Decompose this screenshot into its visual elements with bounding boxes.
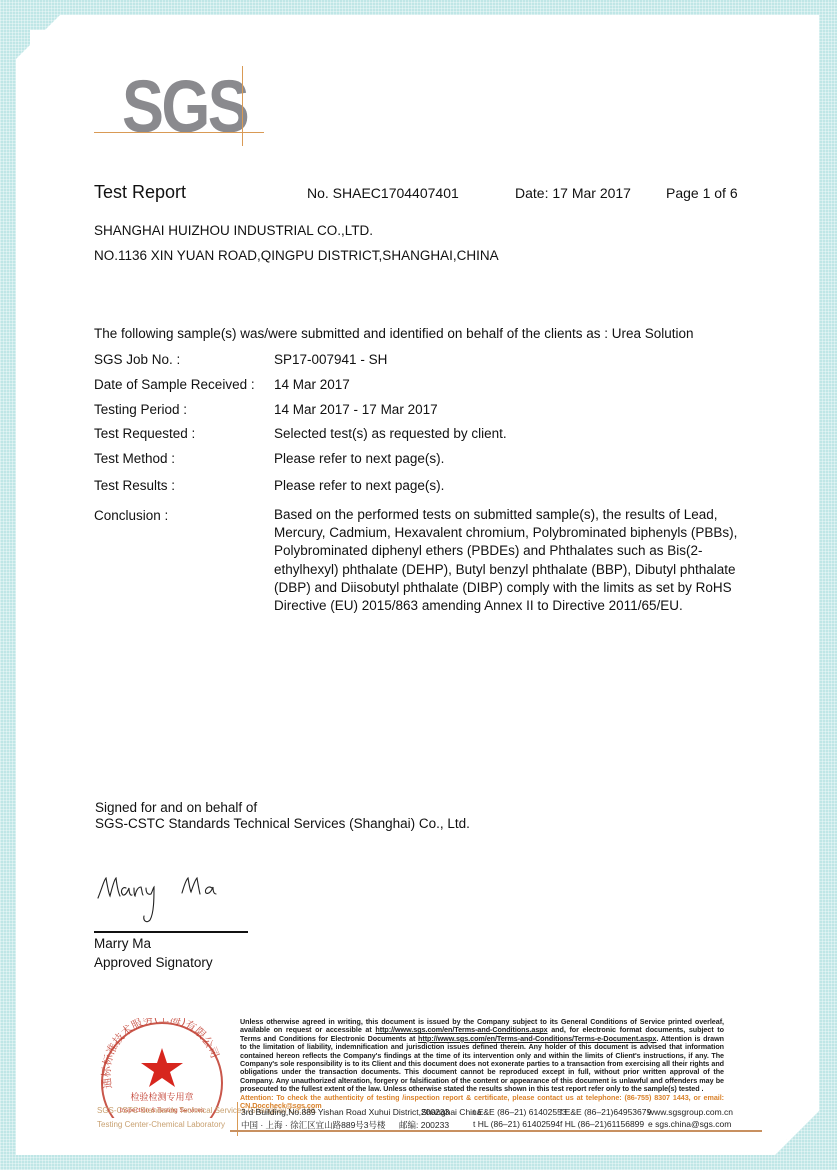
signoff-company: SGS-CSTC Standards Technical Services (S… <box>95 816 470 831</box>
conclusion-text: Based on the performed tests on submitte… <box>274 506 754 615</box>
footer-rule-horizontal <box>230 1130 762 1132</box>
client-address: NO.1136 XIN YUAN ROAD,QINGPU DISTRICT,SH… <box>94 248 499 263</box>
legal-disclaimer: Unless otherwise agreed in writing, this… <box>240 1018 724 1110</box>
footer-tel-ee: t E&E (86–21) 61402553 <box>473 1107 567 1117</box>
signoff-line1: Signed for and on behalf of <box>95 800 257 815</box>
conclusion-label: Conclusion : <box>94 508 168 523</box>
logo-rule-horizontal <box>94 132 264 133</box>
footer-fax-hl: f HL (86–21)61156899 <box>560 1119 644 1129</box>
field-value-date-received: 14 Mar 2017 <box>274 377 350 392</box>
field-value-testing-period: 14 Mar 2017 - 17 Mar 2017 <box>274 402 438 417</box>
stamp-caption-lab: Testing Center-Chemical Laboratory <box>97 1120 225 1129</box>
star-icon <box>141 1048 183 1087</box>
official-stamp: 通标标准技术服务(上海)有限公司 检验检测专用章 Inspection & Te… <box>97 1018 227 1118</box>
field-value-test-requested: Selected test(s) as requested by client. <box>274 426 507 441</box>
footer-tel-hl: t HL (86–21) 61402594 <box>473 1119 560 1129</box>
signature-image <box>96 868 236 928</box>
report-number: No. SHAEC1704407401 <box>307 185 459 201</box>
footer-email[interactable]: e sgs.china@sgs.com <box>648 1119 731 1129</box>
client-name: SHANGHAI HUIZHOU INDUSTRIAL CO.,LTD. <box>94 223 373 238</box>
document-title: Test Report <box>94 182 186 203</box>
logo-rule-vertical <box>242 66 243 146</box>
stamp-center-cn: 检验检测专用章 <box>130 1091 193 1103</box>
field-label-date-received: Date of Sample Received : <box>94 377 255 392</box>
field-label-test-method: Test Method : <box>94 451 175 466</box>
field-label-job-no: SGS Job No. : <box>94 352 180 367</box>
signature-line <box>94 931 248 933</box>
signatory-role: Approved Signatory <box>94 955 213 970</box>
field-label-testing-period: Testing Period : <box>94 402 187 417</box>
field-value-test-method: Please refer to next page(s). <box>274 451 444 466</box>
footer-postcode-en: 200233 <box>421 1107 449 1117</box>
field-value-test-results: Please refer to next page(s). <box>274 478 444 493</box>
page-number: Page 1 of 6 <box>666 185 738 201</box>
sample-intro: The following sample(s) was/were submitt… <box>94 326 694 341</box>
footer-website[interactable]: www.sgsgroup.com.cn <box>648 1107 733 1117</box>
report-date: Date: 17 Mar 2017 <box>515 185 631 201</box>
disclaimer-text-c: . Attention is drawn to the limitation o… <box>240 1034 724 1093</box>
signatory-name: Marry Ma <box>94 936 151 951</box>
field-label-test-requested: Test Requested : <box>94 426 195 441</box>
footer-fax-ee: f E&E (86–21)64953679 <box>560 1107 651 1117</box>
field-label-test-results: Test Results : <box>94 478 175 493</box>
field-value-job-no: SP17-007941 - SH <box>274 352 387 367</box>
